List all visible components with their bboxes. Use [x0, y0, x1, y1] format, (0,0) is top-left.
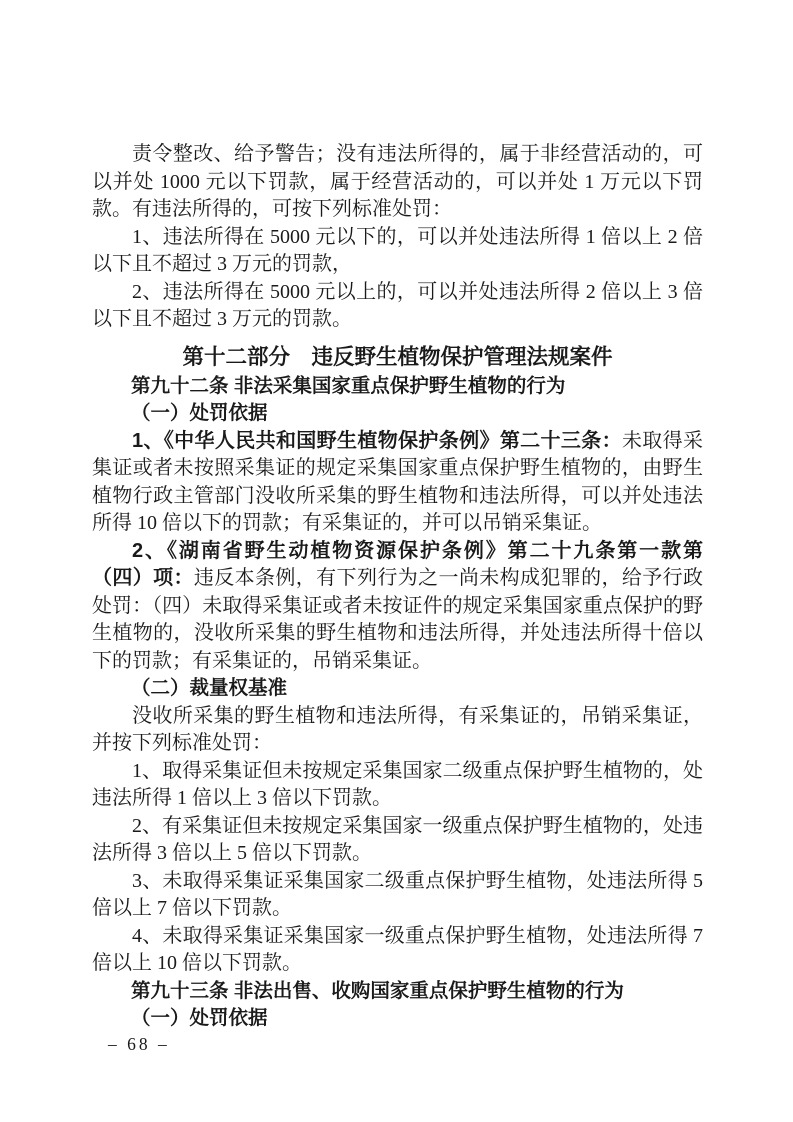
list-item-paragraph: 1、取得采集证但未按规定采集国家二级重点保护野生植物的，处违法所得 1 倍以上 …: [92, 758, 703, 813]
legal-citation-paragraph: 1、《中华人民共和国野生植物保护条例》第二十三条：未取得采集证或者未按照采集证的…: [92, 428, 703, 538]
paragraph: 没收所采集的野生植物和违法所得，有采集证的，吊销采集证，并按下列标准处罚：: [92, 703, 703, 758]
subsection-heading-discretion-standard: （二）裁量权基准: [92, 675, 703, 703]
list-item-paragraph: 2、违法所得在 5000 元以上的，可以并处违法所得 2 倍以上 3 倍以下且不…: [92, 279, 703, 334]
document-page: 责令整改、给予警告；没有违法所得的，属于非经营活动的，可以并处 1000 元以下…: [0, 0, 793, 1122]
citation-lead: 1、《中华人民共和国野生植物保护条例》第二十三条：: [132, 430, 622, 452]
list-item-paragraph: 2、有采集证但未按规定采集国家一级重点保护野生植物的，处违法所得 3 倍以上 5…: [92, 813, 703, 868]
list-item-paragraph: 4、未取得采集证采集国家一级重点保护野生植物，处违法所得 7 倍以上 10 倍以…: [92, 923, 703, 978]
article-heading-93: 第九十三条 非法出售、收购国家重点保护野生植物的行为: [92, 978, 703, 1006]
list-item-paragraph: 3、未取得采集证采集国家二级重点保护野生植物，处违法所得 5 倍以上 7 倍以下…: [92, 868, 703, 923]
document-body: 责令整改、给予警告；没有违法所得的，属于非经营活动的，可以并处 1000 元以下…: [92, 141, 703, 1033]
page-number: – 68 –: [108, 1034, 170, 1055]
paragraph: 责令整改、给予警告；没有违法所得的，属于非经营活动的，可以并处 1000 元以下…: [92, 141, 703, 224]
subsection-heading-penalty-basis: （一）处罚依据: [92, 400, 703, 428]
article-heading-92: 第九十二条 非法采集国家重点保护野生植物的行为: [92, 373, 703, 401]
list-item-paragraph: 1、违法所得在 5000 元以下的，可以并处违法所得 1 倍以上 2 倍以下且不…: [92, 224, 703, 279]
legal-citation-paragraph: 2、《湖南省野生动植物资源保护条例》第二十九条第一款第（四）项：违反本条例，有下…: [92, 538, 703, 676]
part-title: 第十二部分 违反野生植物保护管理法规案件: [92, 342, 703, 372]
subsection-heading-penalty-basis-2: （一）处罚依据: [92, 1005, 703, 1033]
